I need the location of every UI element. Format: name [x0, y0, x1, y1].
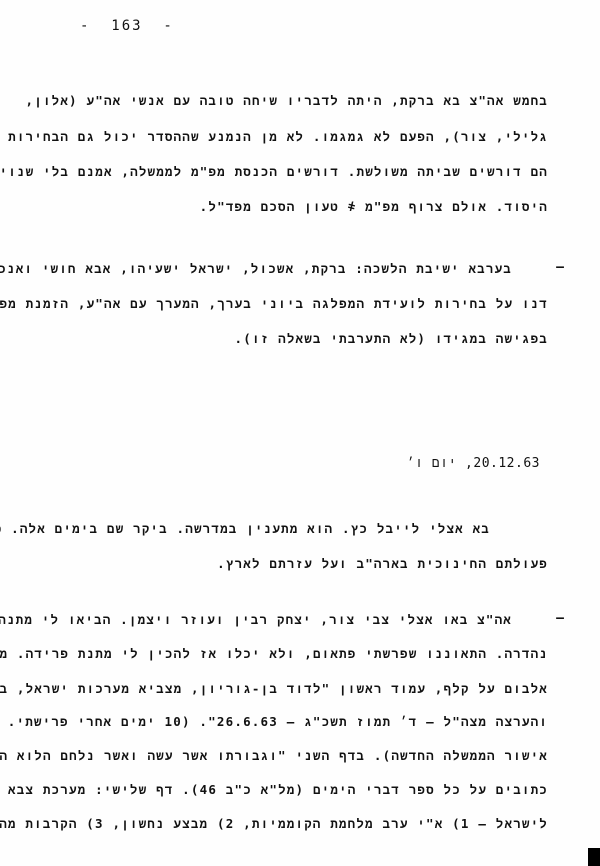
paragraph-line: הם דורשים שביתה משולשת. דורשים הכנסת מפ"…: [46, 164, 548, 180]
paragraph-line: בא אצלי לייבל כץ. הוא מתענין במדרשה. ביק…: [0, 521, 490, 537]
document-page: - 163 - בחמש אה"צ בא ברקת, היתה לדבריו ש…: [0, 0, 600, 866]
paragraph-line: בפגישה במגידו (לא התערבתי בשאלה זו).: [235, 331, 548, 347]
paragraph-line: היסוד. אולם צרוף מפ"מ ҂ טעון הסכם מפד"ל.: [200, 199, 548, 215]
paragraph-line: אלבום על קלף, עמוד ראשון "לדוד בן-גוריון…: [0, 681, 548, 697]
paragraph-line: לישראל – 1) א"י ערב מלחמת הקוממיות, 2) מ…: [0, 816, 548, 832]
date-heading: 20.12.63, יום ו׳: [407, 456, 540, 471]
scan-edge-mark: [588, 848, 600, 866]
paragraph-line: בחמש אה"צ בא ברקת, היתה לדבריו שיחה טובה…: [26, 93, 548, 109]
list-dash: –: [556, 611, 564, 626]
paragraph-line: דנו על בחירות לועידת המפלגה ביוני בערך, …: [0, 296, 548, 312]
paragraph-line: אישור הממשלה החדשה). בדף השני "וגבורתו א…: [0, 748, 548, 764]
page-number: - 163 -: [80, 18, 174, 34]
paragraph-line: גלילי, צור), הפעם לא גמגמו. לא מן הנמנע …: [46, 129, 548, 145]
paragraph-line: פעולתם החינוכית בארה"ב ועל עזרתם לארץ.: [217, 556, 548, 572]
paragraph-line: בערבא ישיבת הלשכה: ברקת, אשכול, ישראל יש…: [0, 261, 512, 277]
paragraph-line: אה"צ באו אצלי צבי צור, יצחק רבין ועוזר ו…: [0, 612, 512, 628]
paragraph-line: כתובים על כל ספר דברי הימים (מל"א כ"ב 46…: [0, 782, 548, 798]
paragraph-line: נהדרה. התאוננו שפרשתי פתאום, ולא יכלו אז…: [0, 646, 548, 662]
list-dash: –: [556, 260, 564, 275]
paragraph-line: והערצה מצה"ל – ד׳ תמוז תשכ"ג – 26.6.63".…: [0, 714, 548, 730]
